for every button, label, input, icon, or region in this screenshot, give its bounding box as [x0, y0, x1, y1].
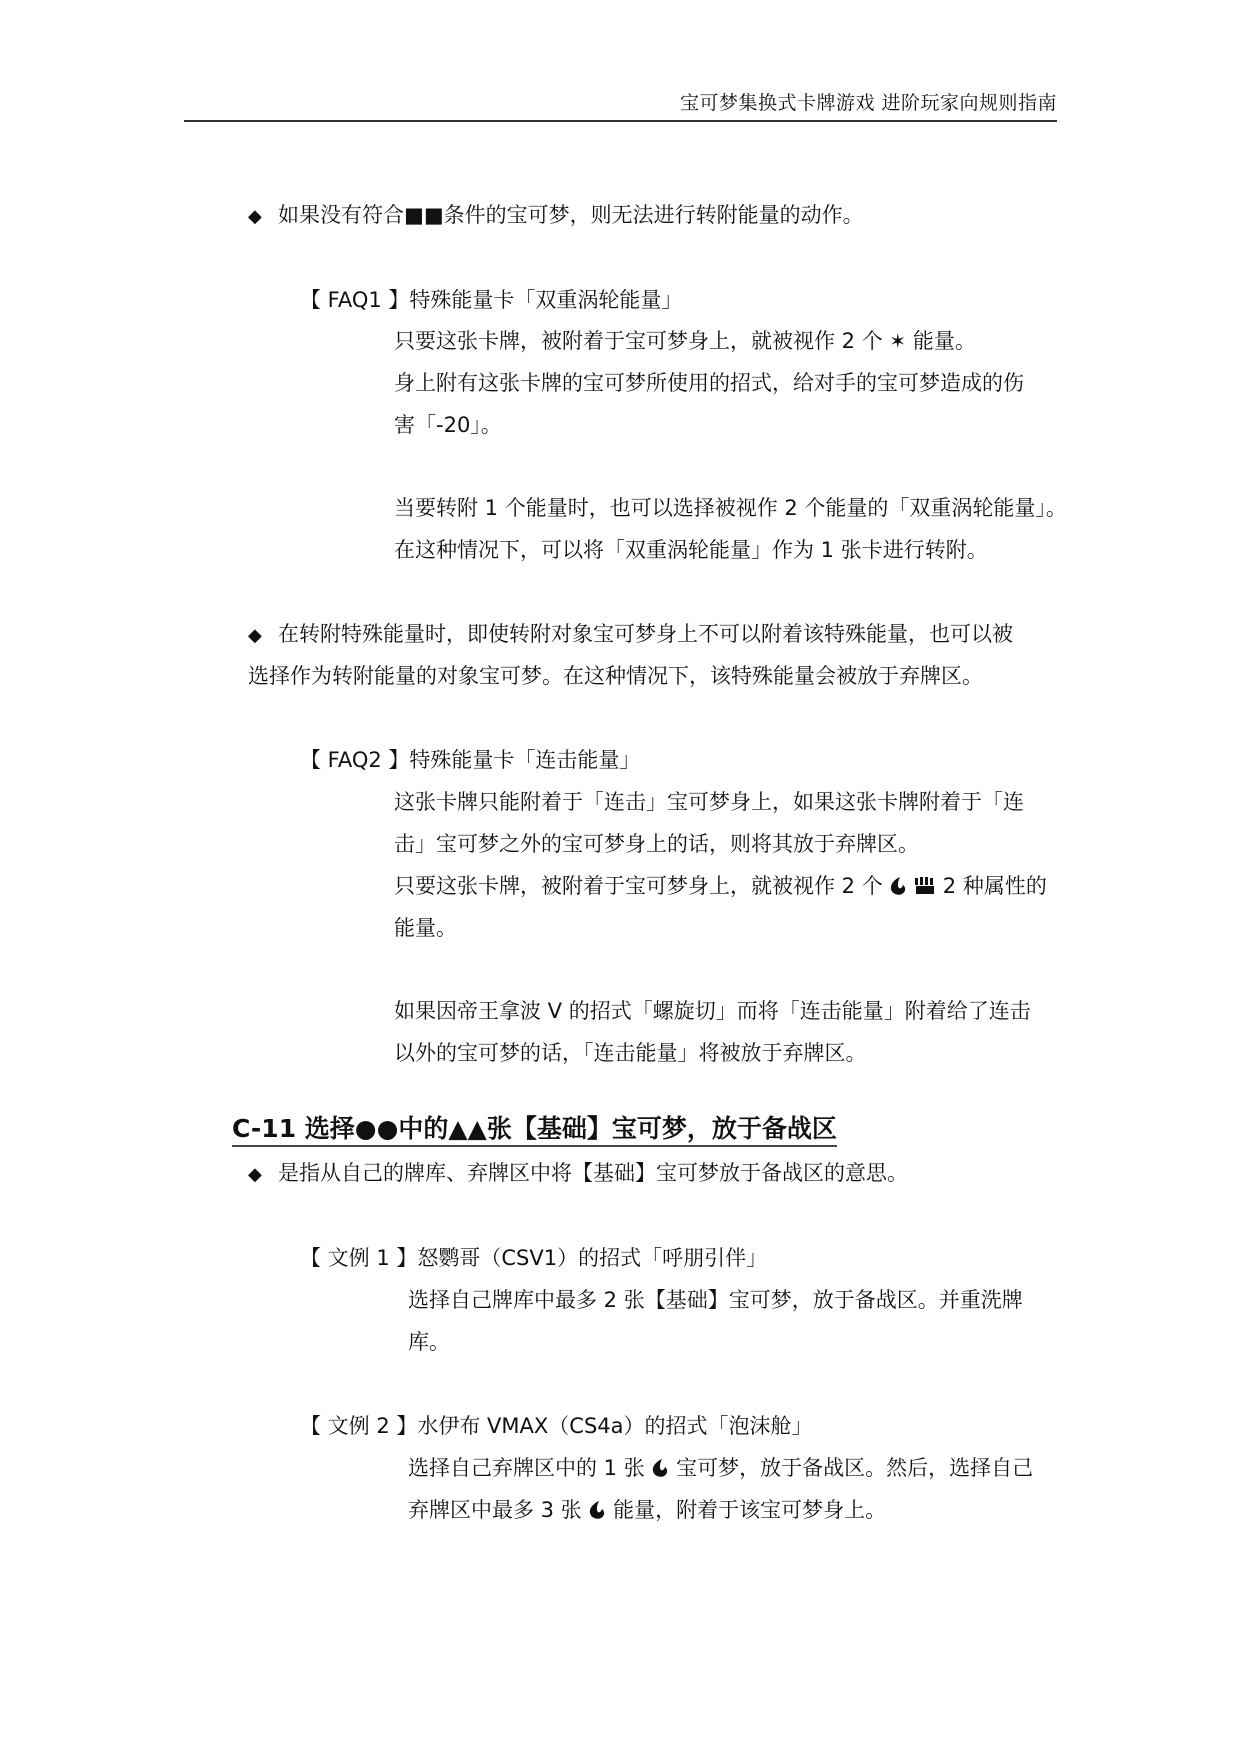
bullet-paragraph-2: ◆在转附特殊能量时，即使转附对象宝可梦身上不可以附着该特殊能量，也可以被: [248, 624, 1013, 645]
water-energy-icon: [588, 1500, 606, 1520]
diamond-bullet-icon: ◆: [248, 1166, 278, 1184]
faq1-line-3: 害「-20」。: [394, 415, 502, 436]
faq2-line-5: 如果因帝王拿波 V 的招式「螺旋切」而将「连击能量」附着给了连击: [394, 1001, 1031, 1022]
section-heading-c11: C-11 选择●●中的▲▲张【基础】宝可梦，放于备战区: [232, 1116, 837, 1147]
fighting-energy-icon: [914, 876, 936, 896]
example1-label: 【 文例 1 】怒鹦哥（CSV1）的招式「呼朋引伴」: [300, 1248, 767, 1269]
example1-line-2: 库。: [408, 1332, 450, 1353]
bullet-paragraph-1: ◆如果没有符合■■条件的宝可梦，则无法进行转附能量的动作。: [248, 205, 864, 226]
header-title: 宝可梦集换式卡牌游戏 进阶玩家向规则指南: [680, 88, 1057, 115]
faq2-line-1: 这张卡牌只能附着于「连击」宝可梦身上，如果这张卡牌附着于「连: [394, 792, 1024, 813]
faq2-line-3: 只要这张卡牌，被附着于宝可梦身上，就被视作 2 个 2 种属性的: [394, 876, 1047, 897]
faq2-label: 【 FAQ2 】特殊能量卡「连击能量」: [300, 750, 640, 771]
bullet-paragraph-2-cont: 选择作为转附能量的对象宝可梦。在这种情况下，该特殊能量会被放于弃牌区。: [248, 666, 983, 687]
example2-line-2: 弃牌区中最多 3 张 能量，附着于该宝可梦身上。: [408, 1500, 886, 1521]
faq1-line-2: 身上附有这张卡牌的宝可梦所使用的招式，给对手的宝可梦造成的伤: [394, 373, 1024, 394]
example1-line-1: 选择自己牌库中最多 2 张【基础】宝可梦，放于备战区。并重洗牌: [408, 1290, 1023, 1311]
faq2-line-2: 击」宝可梦之外的宝可梦身上的话，则将其放于弃牌区。: [394, 834, 919, 855]
example2-label: 【 文例 2 】水伊布 VMAX（CS4a）的招式「泡沫舱」: [300, 1416, 813, 1437]
colorless-star-icon: ✶: [889, 331, 906, 351]
example2-line-1: 选择自己弃牌区中的 1 张 宝可梦，放于备战区。然后，选择自己: [408, 1458, 1033, 1479]
bullet-text: 如果没有符合■■条件的宝可梦，则无法进行转附能量的动作。: [278, 203, 864, 227]
water-energy-icon: [651, 1458, 669, 1478]
faq1-line-4: 当要转附 1 个能量时，也可以选择被视作 2 个能量的「双重涡轮能量」。: [394, 498, 1067, 519]
faq1-line-1: 只要这张卡牌，被附着于宝可梦身上，就被视作 2 个 ✶ 能量。: [394, 331, 976, 352]
faq2-line-6: 以外的宝可梦的话，「连击能量」将被放于弃牌区。: [394, 1043, 867, 1064]
fire-energy-icon: [889, 876, 907, 896]
faq1-label: 【 FAQ1 】特殊能量卡「双重涡轮能量」: [300, 290, 682, 311]
faq2-line-4: 能量。: [394, 918, 457, 939]
header-divider: [184, 120, 1057, 122]
diamond-bullet-icon: ◆: [248, 627, 278, 645]
faq1-line-5: 在这种情况下，可以将「双重涡轮能量」作为 1 张卡进行转附。: [394, 540, 988, 561]
bullet-paragraph-c11: ◆是指从自己的牌库、弃牌区中将【基础】宝可梦放于备战区的意思。: [248, 1163, 908, 1184]
diamond-bullet-icon: ◆: [248, 208, 278, 226]
